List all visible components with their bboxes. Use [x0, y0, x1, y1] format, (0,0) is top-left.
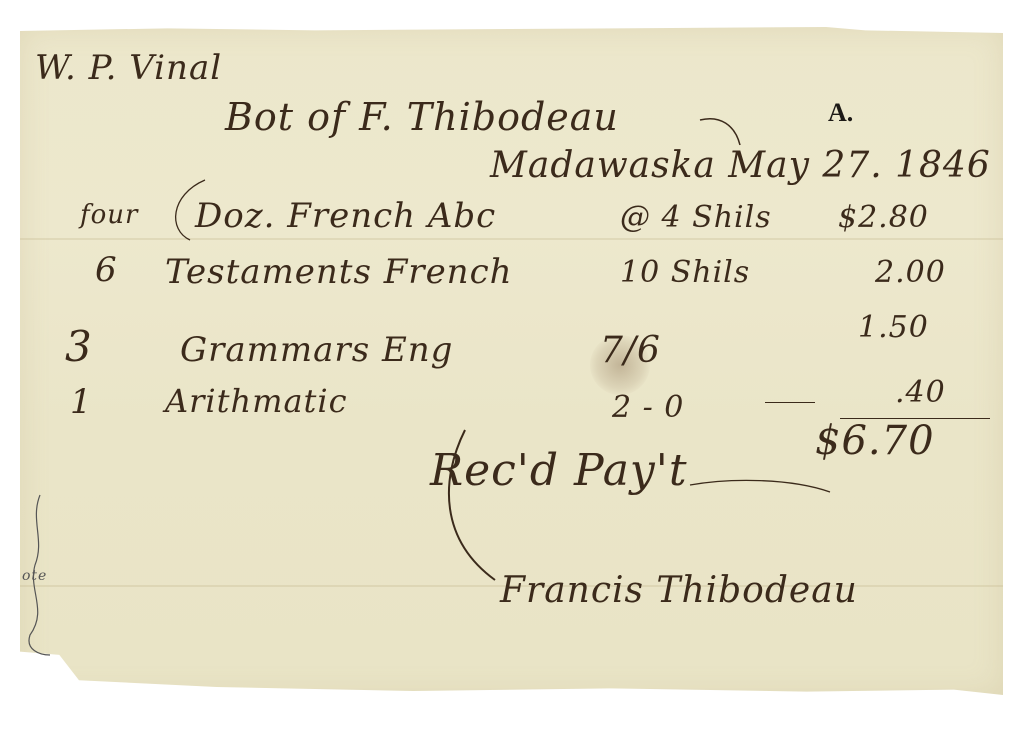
margin-note: ote — [22, 568, 47, 584]
pen-flourishes — [0, 0, 1024, 735]
